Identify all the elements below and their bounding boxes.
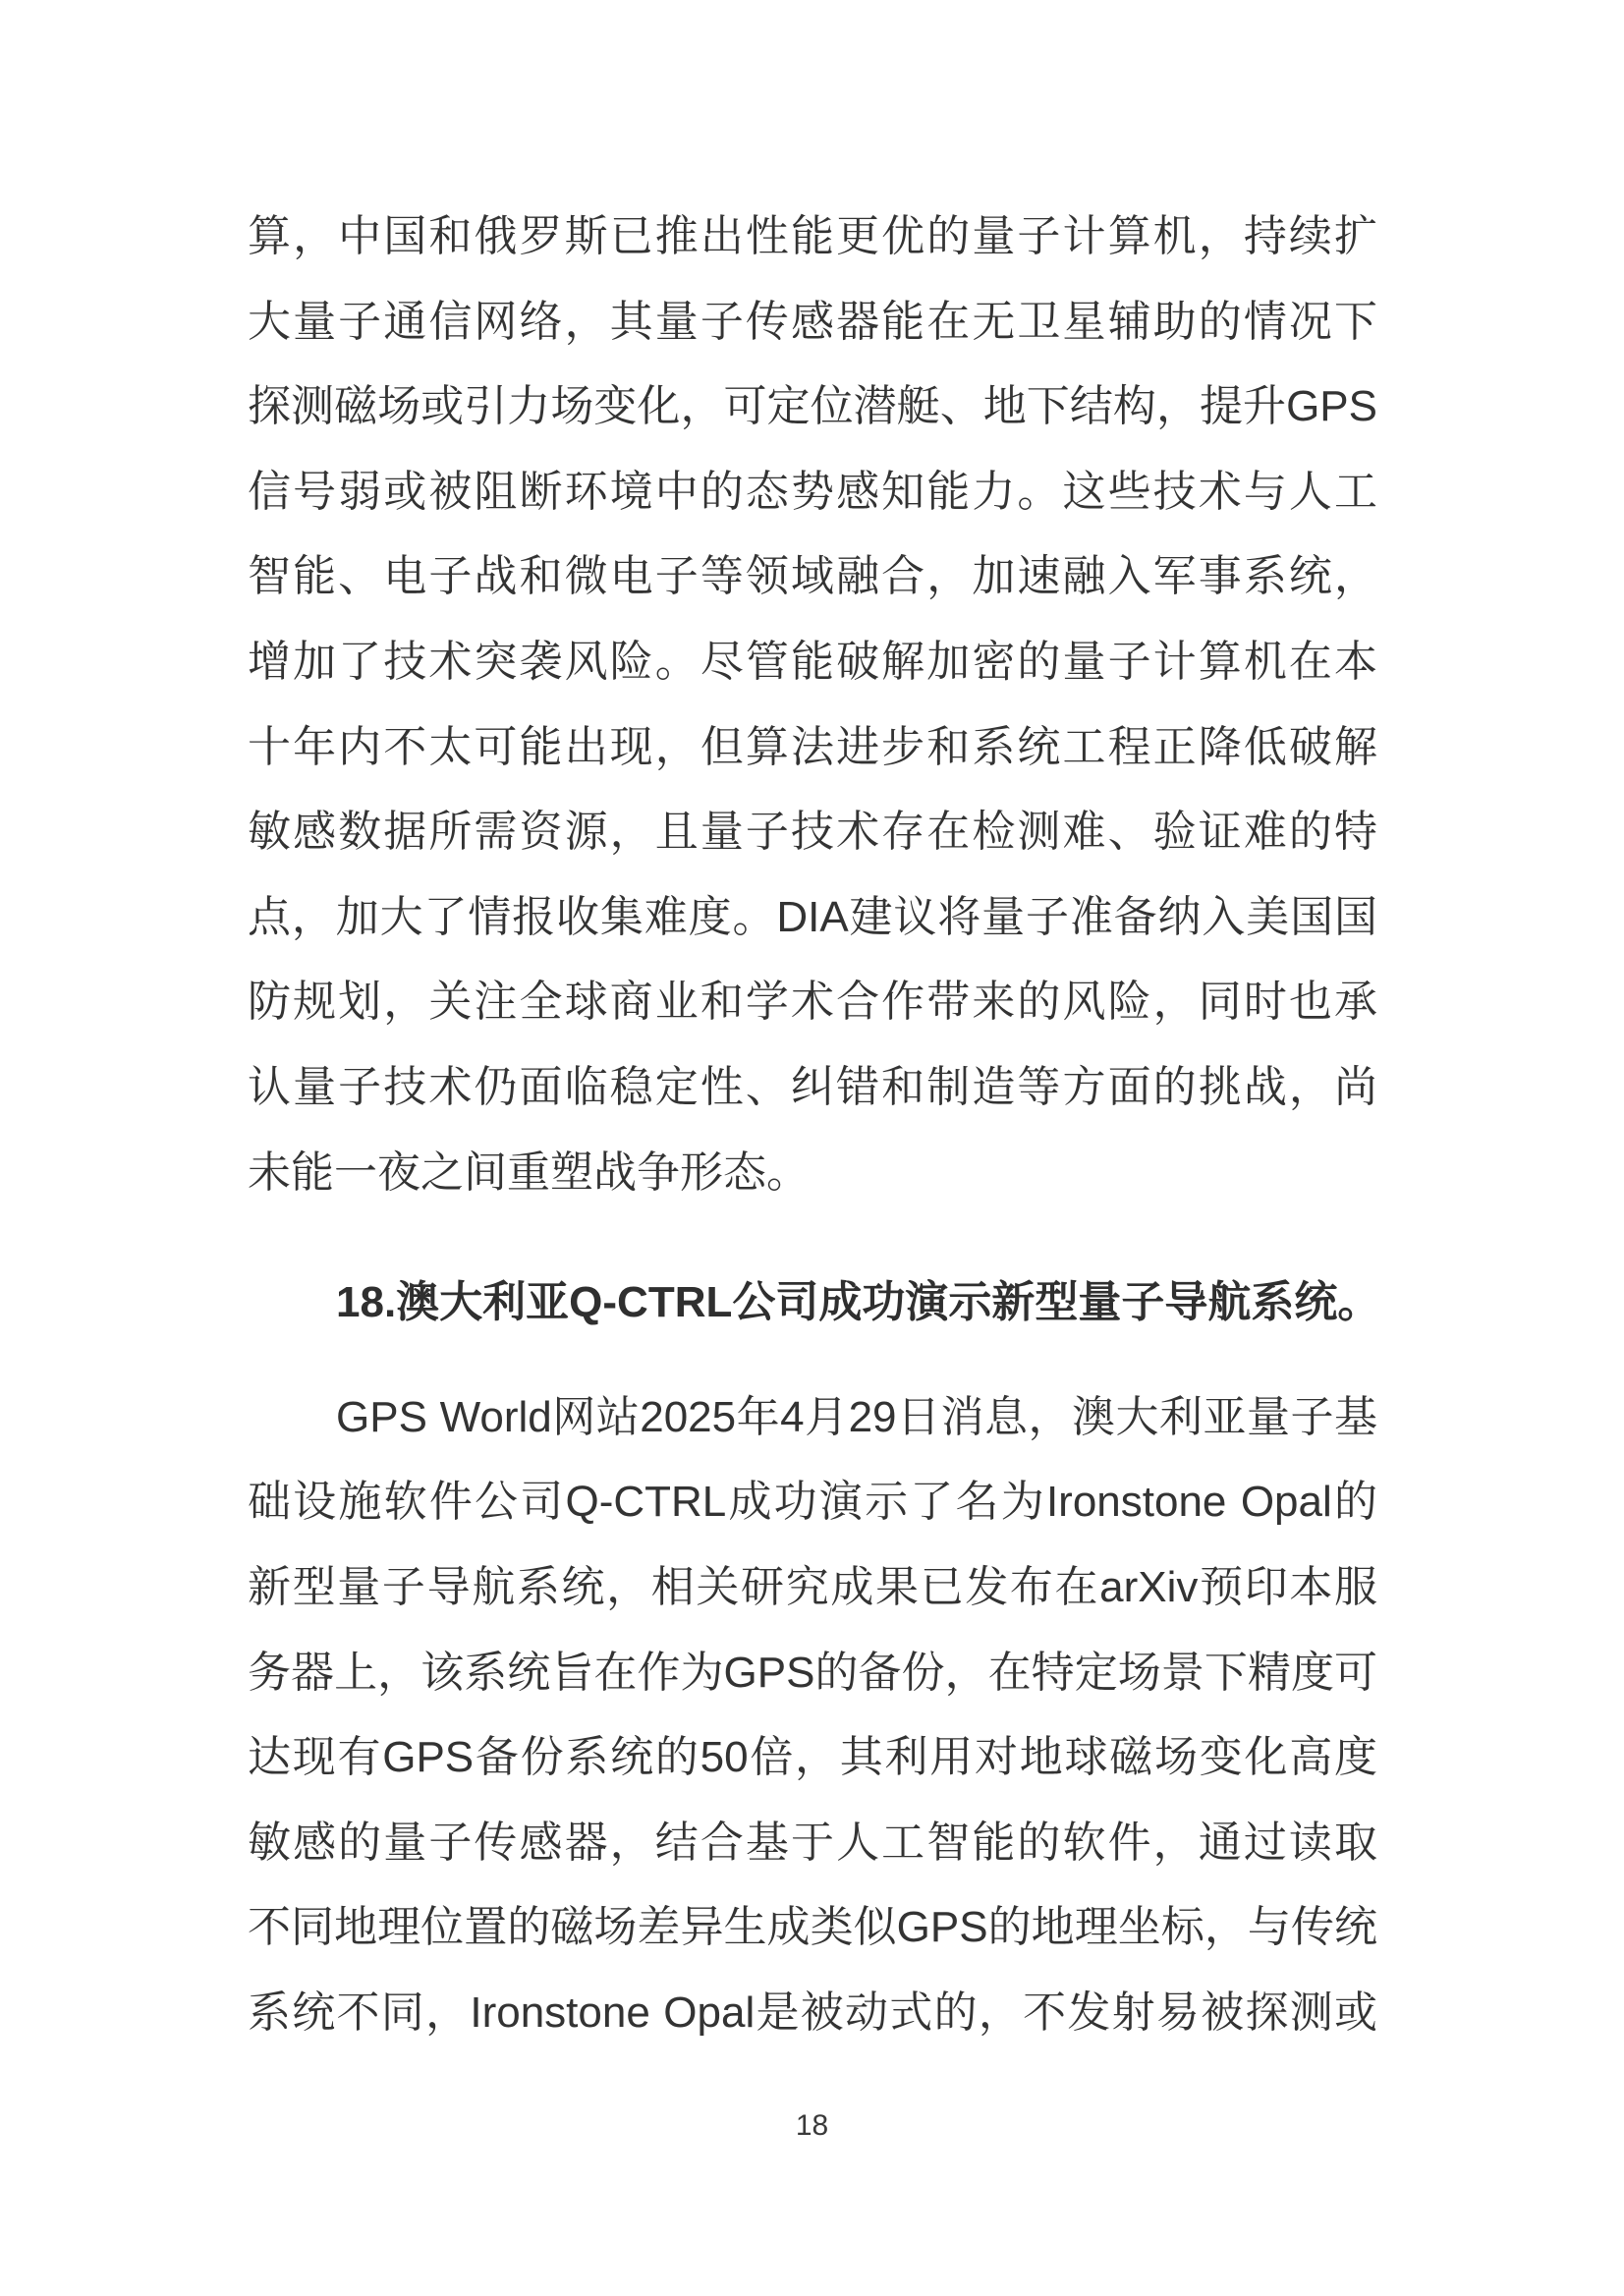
- text-line: 敏感的量子传感器，结合基于人工智能的软件，通过读取: [248, 1801, 1377, 1886]
- paragraph-qctrl-navigation: GPS World网站2025年4月29日消息，澳大利亚量子基础设施软件公司Q-…: [248, 1375, 1377, 2056]
- text-line: 防规划，关注全球商业和学术合作带来的风险，同时也承: [248, 960, 1377, 1045]
- text-line: 探测磁场或引力场变化，可定位潜艇、地下结构，提升GPS: [248, 364, 1377, 450]
- text-line: 点，加大了情报收集难度。DIA建议将量子准备纳入美国国: [248, 875, 1377, 961]
- page-content: 算，中国和俄罗斯已推出性能更优的量子计算机，持续扩大量子通信网络，其量子传感器能…: [248, 195, 1377, 2055]
- text-line: GPS World网站2025年4月29日消息，澳大利亚量子基: [248, 1375, 1377, 1461]
- text-line: 系统不同，Ironstone Opal是被动式的，不发射易被探测或: [248, 1971, 1377, 2056]
- document-page: 算，中国和俄罗斯已推出性能更优的量子计算机，持续扩大量子通信网络，其量子传感器能…: [0, 0, 1624, 2296]
- text-line: 础设施软件公司Q-CTRL成功演示了名为Ironstone Opal的: [248, 1460, 1377, 1545]
- paragraph-dia-quantum-assessment: 算，中国和俄罗斯已推出性能更优的量子计算机，持续扩大量子通信网络，其量子传感器能…: [248, 195, 1377, 1215]
- text-line: 敏感数据所需资源，且量子技术存在检测难、验证难的特: [248, 790, 1377, 875]
- section-heading-18-qctrl: 18.澳大利亚Q-CTRL公司成功演示新型量子导航系统。: [248, 1260, 1377, 1346]
- text-line: 智能、电子战和微电子等领域融合，加速融入军事系统，: [248, 534, 1377, 620]
- text-line: 务器上，该系统旨在作为GPS的备份，在特定场景下精度可: [248, 1631, 1377, 1716]
- text-line: 大量子通信网络，其量子传感器能在无卫星辅助的情况下: [248, 280, 1377, 365]
- text-line: 信号弱或被阻断环境中的态势感知能力。这些技术与人工: [248, 450, 1377, 535]
- text-line: 十年内不太可能出现，但算法进步和系统工程正降低破解: [248, 705, 1377, 791]
- text-line: 增加了技术突袭风险。尽管能破解加密的量子计算机在本: [248, 620, 1377, 705]
- page-number: 18: [0, 2108, 1624, 2144]
- text-line: 新型量子导航系统，相关研究成果已发布在arXiv预印本服: [248, 1545, 1377, 1631]
- text-line: 认量子技术仍面临稳定性、纠错和制造等方面的挑战，尚: [248, 1045, 1377, 1131]
- text-line: 算，中国和俄罗斯已推出性能更优的量子计算机，持续扩: [248, 195, 1377, 280]
- text-line: 达现有GPS备份系统的50倍，其利用对地球磁场变化高度: [248, 1715, 1377, 1801]
- text-line: 不同地理位置的磁场差异生成类似GPS的地理坐标，与传统: [248, 1885, 1377, 1971]
- text-line: 未能一夜之间重塑战争形态。: [248, 1131, 1377, 1216]
